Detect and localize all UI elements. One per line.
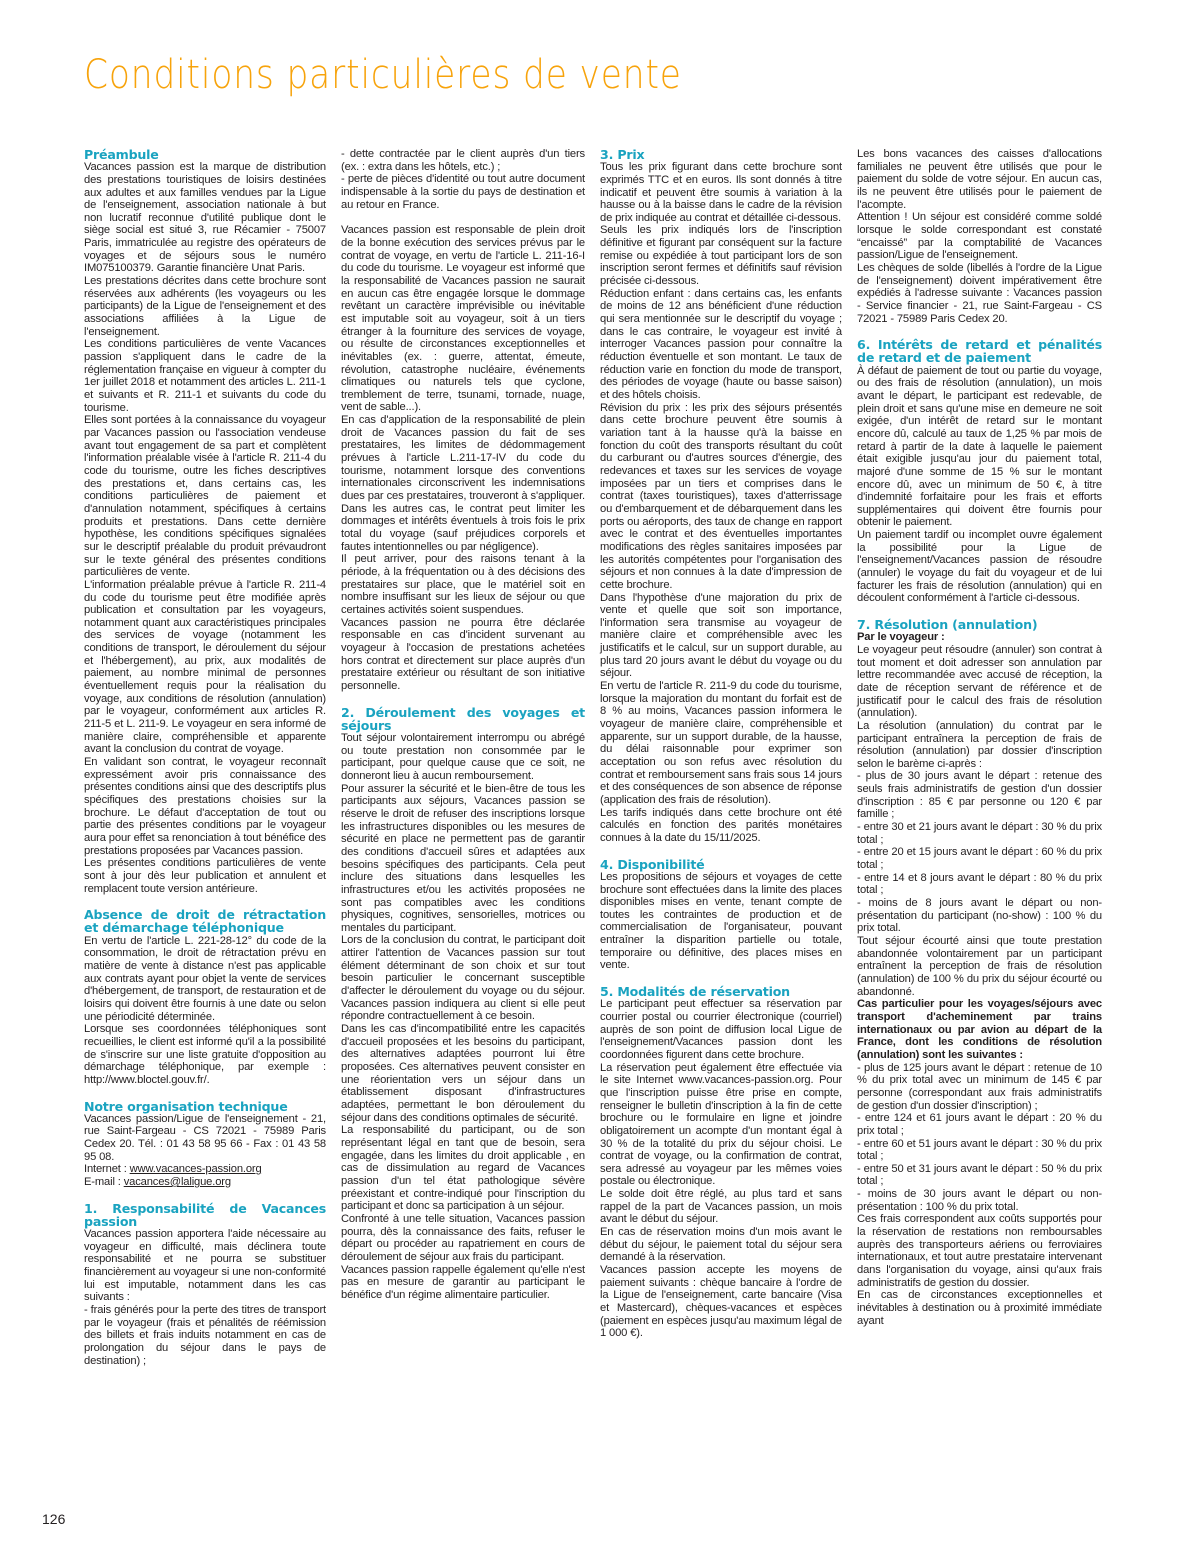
paragraph: Les prestations décrites dans cette broc…: [84, 275, 326, 338]
paragraph: Les tarifs indiqués dans cette brochure …: [600, 807, 842, 845]
section-heading: Notre organisation technique: [84, 1100, 326, 1113]
section-retractation: Absence de droit de rétractation et déma…: [84, 908, 326, 1086]
section-preambule: Préambule Vacances passion est la marque…: [84, 148, 326, 895]
list-item: - entre 20 et 15 jours avant le départ :…: [857, 846, 1102, 871]
section-heading: Absence de droit de rétractation et déma…: [84, 908, 326, 934]
paragraph: Vacances passion apportera l'aide nécess…: [84, 1228, 326, 1304]
paragraph: Les présentes conditions particulières d…: [84, 857, 326, 895]
paragraph: Dans l'hypothèse d'une majoration du pri…: [600, 592, 842, 681]
section-resolution: 7. Résolution (annulation) Par le voyage…: [857, 618, 1102, 1327]
paragraph: Il peut arriver, pour des raisons tenant…: [341, 553, 585, 616]
paragraph: Elles sont portées à la connaissance du …: [84, 414, 326, 579]
email-link[interactable]: vacances@laligue.org: [124, 1176, 231, 1188]
paragraph: Pour assurer la sécurité et le bien-être…: [341, 783, 585, 935]
section-heading: 1. Responsabilité de Vacances passion: [84, 1202, 326, 1228]
list-item: - plus de 125 jours avant le départ : re…: [857, 1062, 1102, 1113]
paragraph: - frais générés pour la perte des titres…: [84, 1304, 326, 1367]
paragraph: Les conditions particulières de vente Va…: [84, 338, 326, 414]
paragraph: - dette contractée par le client auprès …: [341, 148, 585, 173]
spacer: [341, 211, 585, 224]
paragraph: Vacances passion est responsable de plei…: [341, 224, 585, 414]
paragraph: Vacances passion est la marque de distri…: [84, 161, 326, 275]
paragraph: Attention ! Un séjour est considéré comm…: [857, 211, 1102, 262]
paragraph: Seuls les prix indiqués lors de l'inscri…: [600, 224, 842, 287]
column-3: 3. Prix Tous les prix figurant dans cett…: [600, 148, 842, 1380]
list-item: - entre 50 et 31 jours avant le départ :…: [857, 1163, 1102, 1188]
paragraph: Tout séjour volontairement interrompu ou…: [341, 732, 585, 783]
address: Vacances passion/Ligue de l'enseignement…: [84, 1113, 326, 1164]
section-reservation: 5. Modalités de réservation Le participa…: [600, 985, 842, 1340]
paragraph: En cas d'application de la responsabilit…: [341, 414, 585, 553]
paragraph: Tous les prix figurant dans cette brochu…: [600, 161, 842, 224]
paragraph: À défaut de paiement de tout ou partie d…: [857, 365, 1102, 530]
paragraph: Lors de la conclusion du contrat, le par…: [341, 934, 585, 1023]
list-item: - moins de 8 jours avant le départ ou no…: [857, 897, 1102, 935]
section-reservation-cont: Les bons vacances des caisses d'allocati…: [857, 148, 1102, 325]
paragraph: Confronté à une telle situation, Vacance…: [341, 1213, 585, 1264]
email-label: E-mail :: [84, 1176, 124, 1188]
section-interets: 6. Intérêts de retard et pénalités de re…: [857, 338, 1102, 605]
paragraph: Vacances passion rappelle également qu'e…: [341, 1264, 585, 1302]
section-heading: 6. Intérêts de retard et pénalités de re…: [857, 338, 1102, 364]
paragraph: La responsabilité du participant, ou de …: [341, 1124, 585, 1213]
paragraph: Révision du prix : les prix des séjours …: [600, 402, 842, 592]
paragraph: En cas de circonstances exceptionnelles …: [857, 1289, 1102, 1327]
paragraph: Les chèques de solde (libellés à l'ordre…: [857, 262, 1102, 325]
paragraph: Les propositions de séjours et voyages d…: [600, 871, 842, 972]
paragraph: En vertu de l'article R. 211-9 du code d…: [600, 680, 842, 807]
paragraph: En validant son contrat, le voyageur rec…: [84, 756, 326, 857]
paragraph: Vacances passion accepte les moyens de p…: [600, 1264, 842, 1340]
section-deroulement: 2. Déroulement des voyages et séjours To…: [341, 706, 585, 1302]
paragraph: Lorsque ses coordonnées téléphoniques so…: [84, 1023, 326, 1086]
list-item: - entre 30 et 21 jours avant le départ :…: [857, 821, 1102, 846]
paragraph: Le participant peut effectuer sa réserva…: [600, 998, 842, 1061]
section-heading: 3. Prix: [600, 148, 842, 161]
section-disponibilite: 4. Disponibilité Les propositions de séj…: [600, 858, 842, 972]
paragraph: Le solde doit être réglé, au plus tard e…: [600, 1188, 842, 1226]
bold-paragraph: Cas particulier pour les voyages/séjours…: [857, 998, 1102, 1061]
list-item: - plus de 30 jours avant le départ : ret…: [857, 770, 1102, 821]
section-heading: 5. Modalités de réservation: [600, 985, 842, 998]
section-heading: 2. Déroulement des voyages et séjours: [341, 706, 585, 732]
section-heading: 7. Résolution (annulation): [857, 618, 1102, 631]
section-responsabilite-cont: - dette contractée par le client auprès …: [341, 148, 585, 693]
section-heading: 4. Disponibilité: [600, 858, 842, 871]
paragraph: L'information préalable prévue à l'artic…: [84, 579, 326, 756]
column-4: Les bons vacances des caisses d'allocati…: [857, 148, 1102, 1380]
list-item: - entre 60 et 51 jours avant le départ :…: [857, 1138, 1102, 1163]
paragraph: Réduction enfant : dans certains cas, le…: [600, 288, 842, 402]
list-item: - entre 14 et 8 jours avant le départ : …: [857, 872, 1102, 897]
section-responsabilite: 1. Responsabilité de Vacances passion Va…: [84, 1202, 326, 1368]
subheading: Par le voyageur :: [857, 631, 1102, 644]
internet-line: Internet : www.vacances-passion.org: [84, 1163, 326, 1176]
paragraph: Tout séjour écourté ainsi que toute pres…: [857, 935, 1102, 998]
paragraph: Les bons vacances des caisses d'allocati…: [857, 148, 1102, 211]
paragraph: - perte de pièces d'identité ou tout aut…: [341, 173, 585, 211]
section-prix: 3. Prix Tous les prix figurant dans cett…: [600, 148, 842, 845]
internet-label: Internet :: [84, 1163, 130, 1175]
paragraph: La réservation peut également être effec…: [600, 1062, 842, 1189]
paragraph: La résolution (annulation) du contrat pa…: [857, 720, 1102, 771]
paragraph: Le voyageur peut résoudre (annuler) son …: [857, 644, 1102, 720]
section-organisation: Notre organisation technique Vacances pa…: [84, 1100, 326, 1189]
list-item: - moins de 30 jours avant le départ ou n…: [857, 1188, 1102, 1213]
column-2: - dette contractée par le client auprès …: [341, 148, 585, 1380]
paragraph: Vacances passion ne pourra être déclarée…: [341, 617, 585, 693]
paragraph: Ces frais correspondent aux coûts suppor…: [857, 1213, 1102, 1289]
website-link[interactable]: www.vacances-passion.org: [130, 1163, 262, 1175]
page-number: 126: [42, 1511, 65, 1527]
paragraph: Un paiement tardif ou incomplet ouvre ég…: [857, 529, 1102, 605]
page-title: Conditions particulières de vente: [84, 52, 682, 98]
terms-columns: Préambule Vacances passion est la marque…: [84, 148, 1102, 1380]
column-1: Préambule Vacances passion est la marque…: [84, 148, 326, 1380]
paragraph: En vertu de l'article L. 221-28-12° du c…: [84, 935, 326, 1024]
email-line: E-mail : vacances@laligue.org: [84, 1176, 326, 1189]
paragraph: En cas de réservation moins d'un mois av…: [600, 1226, 842, 1264]
list-item: - entre 124 et 61 jours avant le départ …: [857, 1112, 1102, 1137]
paragraph: Dans les cas d'incompatibilité entre les…: [341, 1023, 585, 1124]
section-heading: Préambule: [84, 148, 326, 161]
